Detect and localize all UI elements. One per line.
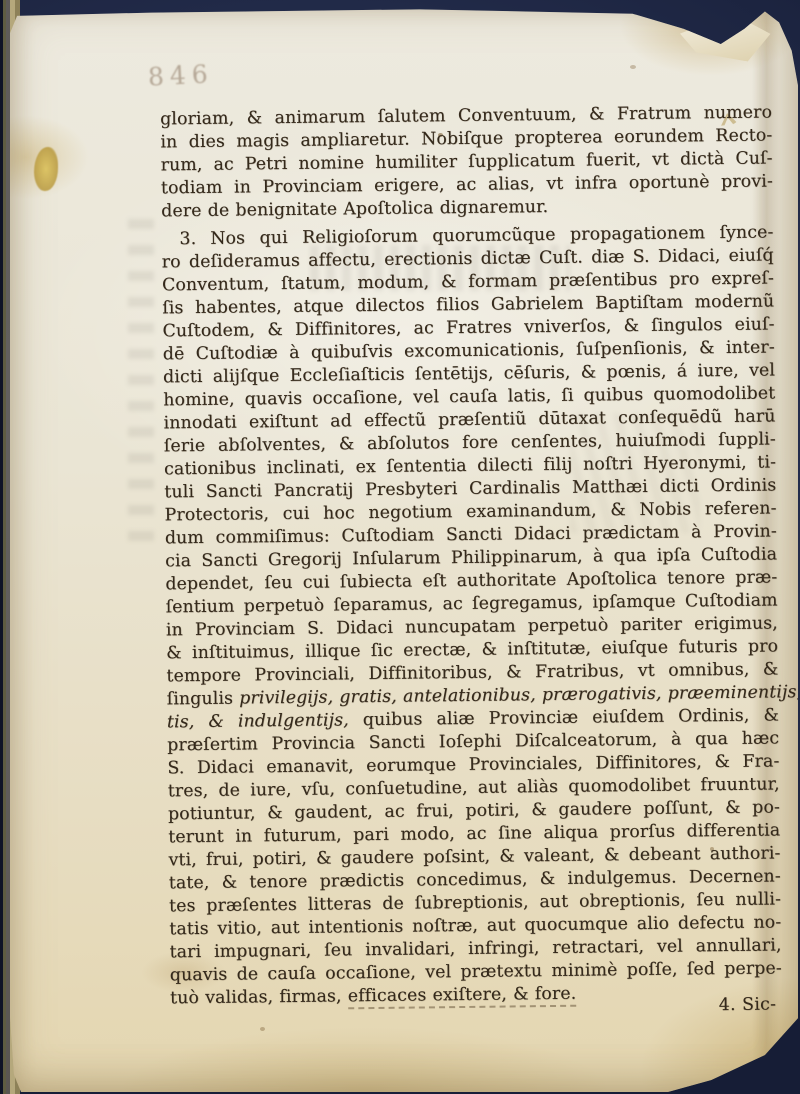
wax-stain: [34, 147, 58, 191]
paragraph-number: 3.: [161, 229, 210, 250]
torn-corner-sliver: [678, 8, 772, 63]
paragraph-continuation: gloriam, & animarum ſalutem Conventuum, …: [160, 101, 773, 223]
printed-page: 846 gloriam, & animarum ſalutem Conventu…: [10, 5, 798, 1092]
underlined-text-segment: efficaces exiſtere, & fore.: [348, 984, 577, 1010]
text-segment: quibus aliæ Provinciæ eiuſdem Ordinis, &: [349, 705, 779, 730]
page-text-block: gloriam, & animarum ſalutem Conventuum, …: [160, 101, 782, 1010]
bleedthrough-smudge: [128, 219, 154, 549]
paragraph-3: 3.Nos qui Religioſorum quorumcũque propa…: [161, 221, 782, 1010]
book-photograph: 846 gloriam, & animarum ſalutem Conventu…: [0, 0, 800, 1094]
paper-speck: [630, 65, 636, 69]
italic-text-segment: tis, & indulgentijs,: [167, 710, 349, 732]
text-segment: ſingulis: [167, 689, 240, 710]
catchword: 4. Sic-: [719, 993, 777, 1017]
paper-speck: [260, 1027, 265, 1031]
faint-folio-mark: 846: [147, 59, 214, 91]
text-segment: tuò validas, firmas,: [170, 986, 348, 1008]
